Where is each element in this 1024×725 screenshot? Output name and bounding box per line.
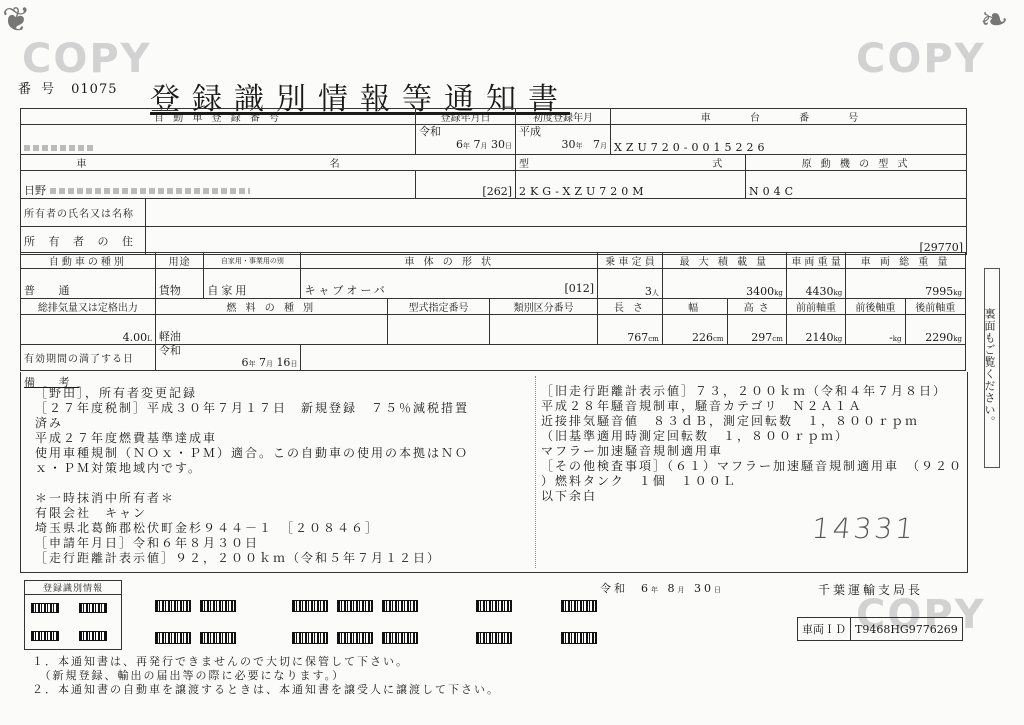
remarks-divider [535, 376, 536, 568]
owner-name-value [146, 199, 967, 227]
first-reg-era: 平成 [519, 125, 607, 138]
text-line [35, 476, 469, 491]
owner-address-code: [29770] [146, 227, 967, 255]
unit: 月 [600, 142, 607, 150]
text-line: 以下余白 [541, 489, 963, 504]
qr-code-icon [292, 632, 328, 644]
qr-code-icon [561, 632, 597, 644]
ff-axle-value: 2140kg [786, 315, 845, 345]
maker-value: 日野 [24, 184, 46, 197]
body-header: 車 体 の 形 状 [301, 253, 598, 269]
text-line: 済み [35, 416, 469, 431]
doc-number-value: 01075 [71, 82, 117, 97]
reg-date-era: 令和 [419, 125, 512, 138]
private-value: 自家用 [204, 269, 301, 299]
height-number: 297 [751, 331, 772, 344]
fr-axle-header: 前後軸重 [846, 299, 905, 315]
registration-id-qr-box: 登録識別情報 [24, 580, 122, 650]
vehicle-spec-table: 自動車の種別 用途 自家用・事業用の別 車 体 の 形 状 乗 車 定 員 最 … [20, 252, 966, 371]
text-line: 平成２７年度燃費基準達成車 [35, 431, 469, 446]
expiry-value: 令和 6年 7月 16日 [155, 345, 301, 371]
qr-code-icon [337, 600, 373, 612]
unit: 日 [505, 142, 512, 150]
text-line: ２．本通知書の自動車を譲渡するときは、本通知書を譲受人に譲渡して下さい。 [32, 683, 500, 697]
car-name-header: 車 名 [21, 155, 516, 171]
text-line: ｘ・ＰＭ対策地域内です。 [35, 461, 469, 476]
see-reverse-note: 裏面もご覧ください。 [984, 268, 1000, 468]
kind-value: 普 通 [21, 269, 156, 299]
class-no-value [490, 315, 598, 345]
rf-axle-header-text: 後前軸重 [915, 303, 955, 314]
maker-name: 日野 [21, 171, 416, 199]
reg-date-day: 30 [491, 138, 505, 151]
first-reg-header: 初度登録年月 [516, 109, 611, 125]
ornament-corner-icon: ❦ [2, 0, 31, 40]
unit: cm [713, 335, 724, 343]
length-header: 長 さ [598, 299, 663, 315]
qr-code-icon [561, 600, 597, 612]
qr-code-icon [476, 600, 512, 612]
kind-header: 自動車の種別 [21, 253, 156, 269]
text-line: （新規登録、輸出の届出等の際に必要になります。） [32, 669, 500, 683]
unit: 月 [266, 360, 273, 368]
width-header: 幅 [662, 299, 727, 315]
rr-axle-value: 2290kg [905, 315, 965, 345]
reg-date-year: 6 [456, 138, 463, 151]
text-line: ＊一時抹消中所有者＊ [35, 491, 469, 506]
qr-code-icon [337, 632, 373, 644]
qr-code-icon [200, 632, 236, 644]
unit: 年 [463, 142, 470, 150]
issuer: 千葉運輸支局長 [818, 581, 923, 598]
expiry-label: 有効期間の満了する日 [21, 345, 156, 371]
qr-box-label: 登録識別情報 [25, 581, 121, 595]
issue-era: 令和 [600, 582, 628, 595]
qr-code-icon [31, 603, 59, 613]
weight-value: 4430kg [786, 269, 845, 299]
chassis-header: 車 台 番 号 [611, 109, 967, 125]
ornament-corner-icon: ❧ [980, 0, 1009, 40]
weight-number: 4430 [805, 285, 833, 298]
text-line: 近接排気騒音値 ８３ｄＢ，測定回転数 １，８００ｒｐｍ [541, 414, 963, 429]
expiry-blank [301, 345, 966, 371]
handwritten-number: 14331 [810, 512, 918, 545]
unit: cm [648, 335, 659, 343]
fuel-header: 燃 料 の 種 別 [155, 299, 387, 315]
document-number: 番 号01075 [18, 78, 118, 97]
expiry-day: 16 [276, 356, 290, 369]
gross-number: 7995 [925, 285, 953, 298]
unit: kg [833, 335, 842, 343]
unit: kg [833, 289, 842, 297]
displacement-header: 総排気量又は定格出力 [21, 299, 156, 315]
model-value: 2KG-XZU720M [516, 171, 746, 199]
unit: 月 [481, 142, 488, 150]
qr-code-icon [382, 600, 418, 612]
expiry-month: 7 [259, 356, 266, 369]
length-value: 767cm [598, 315, 663, 345]
class-no-header: 類別区分番号 [490, 299, 598, 315]
issue-date: 令和 6年 8月 30日 [600, 580, 724, 596]
unit: 年 [651, 586, 661, 594]
qr-code-icon [200, 600, 236, 612]
text-line: 使用車種規制（ＮＯｘ・ＰＭ）適合。この自動車の使用の本拠はＮＯ [35, 446, 469, 461]
max-load-value: 3400kg [662, 269, 786, 299]
use-header: 用途 [155, 253, 204, 269]
type-no-header: 型式指定番号 [387, 299, 489, 315]
unit: kg [774, 289, 783, 297]
capacity-header: 乗 車 定 員 [598, 253, 663, 269]
capacity-value: 3人 [598, 269, 663, 299]
unit: L [147, 335, 152, 343]
unit: kg [953, 289, 962, 297]
unit: 年 [248, 360, 255, 368]
text-line: マフラー加速騒音規制適用車 [541, 444, 963, 459]
text-line: 有限会社 キャン [35, 506, 469, 521]
first-reg-year: 30 [562, 138, 576, 151]
type-no-value [387, 315, 489, 345]
body-value: キャブオーバ[012] [301, 269, 598, 299]
qr-code-icon [31, 631, 59, 641]
engine-header: 原 動 機 の 型 式 [746, 155, 967, 171]
reg-number-header: 自 動 車 登 録 番 号 [21, 109, 416, 125]
qr-code-icon [476, 632, 512, 644]
body-code: [012] [565, 282, 595, 295]
unit: 月 [678, 586, 688, 594]
text-line: ［申請年月日］令和６年８月３０日 [35, 536, 469, 551]
displacement-number: 4.00 [123, 331, 148, 344]
text-line: ［野田］，所有者変更記録 [35, 386, 469, 401]
width-value: 226cm [662, 315, 727, 345]
text-line: ［その他検査事項］（６１）マフラー加速騒音規制適用車 （９２０ [541, 459, 963, 474]
fr-axle-value: -kg [846, 315, 905, 345]
ff-axle-number: 2140 [805, 331, 833, 344]
text-line: （旧基準適用時測定回転数 １，８００ｒｐｍ） [541, 429, 963, 444]
first-reg-value: 平成 30年 7月 [516, 125, 611, 155]
displacement-value: 4.00L [21, 315, 156, 345]
use-value: 貨物 [155, 269, 204, 299]
vehicle-id-box: 車両ＩＤ T9468HG9776269 [797, 617, 963, 641]
text-line: ［２７年度税制］平成３０年７月１７日 新規登録 ７５％減税措置 [35, 401, 469, 416]
owner-name-label: 所有者の氏名又は名称 [21, 199, 146, 227]
unit: 日 [290, 360, 297, 368]
qr-code-icon [79, 603, 107, 613]
gross-header: 車 両 総 重 量 [846, 253, 966, 269]
private-header: 自家用・事業用の別 [204, 253, 301, 269]
text-line: １．本通知書は、再発行できませんので大切に保管して下さい。 [32, 655, 500, 669]
width-number: 226 [692, 331, 713, 344]
copy-watermark: COPY [856, 36, 986, 82]
qr-code-icon [292, 600, 328, 612]
rr-axle-number: 2290 [925, 331, 953, 344]
footer-notes: １．本通知書は、再発行できませんので大切に保管して下さい。 （新規登録、輸出の届… [32, 655, 500, 697]
unit: cm [772, 335, 783, 343]
max-load-number: 3400 [746, 285, 774, 298]
unit: kg [953, 335, 962, 343]
unit: kg [893, 335, 902, 343]
reg-number-value [21, 125, 416, 155]
vehicle-id-label: 車両ＩＤ [798, 618, 851, 641]
model-header: 型 式 [516, 155, 746, 171]
length-number: 767 [627, 331, 648, 344]
reg-date-header: 登録年月日 [416, 109, 516, 125]
issue-day: 30 [694, 582, 714, 595]
engine-model-value: N04C [746, 171, 967, 199]
chassis-number: XZU720-0015226 [611, 125, 967, 155]
reg-date-value: 令和 6年 7月 30日 [416, 125, 516, 155]
vehicle-info-table: 自 動 車 登 録 番 号 登録年月日 初度登録年月 車 台 番 号 令和 6年… [20, 108, 967, 255]
text-line: ）燃料タンク １個 １００Ｌ [541, 474, 963, 489]
issue-year: 6 [641, 582, 651, 595]
ff-axle-header: 前前軸重 [786, 299, 845, 315]
vehicle-id-value: T9468HG9776269 [851, 618, 963, 641]
body-shape: キャブオーバ [304, 284, 387, 297]
first-reg-month: 7 [593, 138, 600, 151]
maker-code: [262] [416, 171, 516, 199]
unit: 年 [576, 142, 583, 150]
unit: 日 [714, 586, 724, 594]
issue-month: 8 [668, 582, 678, 595]
height-header: 高 さ [727, 299, 786, 315]
qr-code-icon [155, 600, 191, 612]
text-line: ［走行距離計表示値］９２，２００ｋｍ（令和５年７月１２日） [35, 551, 469, 566]
weight-header: 車 両 重 量 [786, 253, 845, 269]
reg-date-month: 7 [474, 138, 481, 151]
owner-address-label: 所 有 者 の 住 所 [21, 227, 146, 255]
rr-axle-header: 後前軸重 [905, 299, 965, 315]
gross-value: 7995kg [846, 269, 966, 299]
text-line: 平成２８年騒音規制車，騒音カテゴリ Ｎ２Ａ１Ａ [541, 399, 963, 414]
fuel-value: 軽油 [155, 315, 387, 345]
text-line: 埼玉県北葛飾郡松伏町金杉９４４－１ ［２０８４６］ [35, 521, 469, 536]
unit: 人 [652, 289, 659, 297]
qr-code-icon [382, 632, 418, 644]
doc-number-label: 番 号 [18, 82, 57, 97]
height-value: 297cm [727, 315, 786, 345]
remarks-left: ［野田］，所有者変更記録［２７年度税制］平成３０年７月１７日 新規登録 ７５％減… [35, 386, 469, 566]
max-load-header: 最 大 積 載 量 [662, 253, 786, 269]
remarks-right: ［旧走行距離計表示値］７３，２００ｋｍ（令和４年７月８日）平成２８年騒音規制車，… [541, 384, 963, 504]
qr-code-icon [155, 632, 191, 644]
qr-code-icon [79, 631, 107, 641]
copy-watermark: COPY [22, 36, 152, 82]
text-line: ［旧走行距離計表示値］７３，２００ｋｍ（令和４年７月８日） [541, 384, 963, 399]
capacity-number: 3 [645, 285, 652, 298]
